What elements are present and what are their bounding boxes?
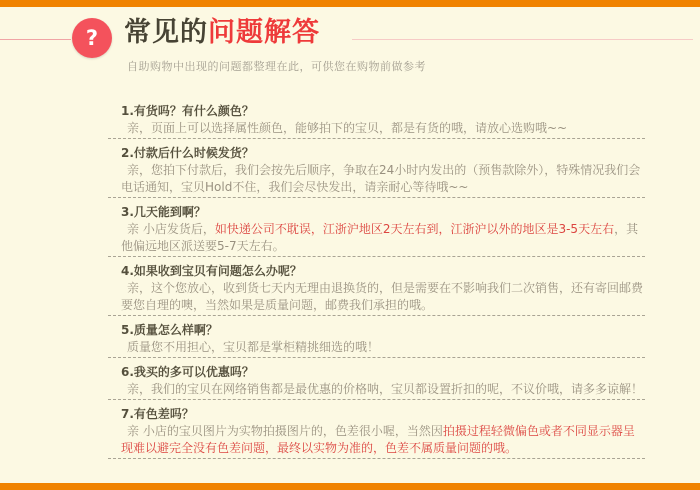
faq-question: 4.如果收到宝贝有问题怎么办呢？ <box>108 263 645 280</box>
faq-answer-segment: 如快递公司不耽误，江浙沪地区2天左右到，江浙沪以外的地区是3-5天左右 <box>215 222 614 236</box>
faq-answer-segment: 亲，我们的宝贝在网络销售都是最优惠的价格呐，宝贝都设置折扣的呢，不议价哦，请多多… <box>127 382 643 396</box>
faq-item: 7.有色差吗？亲 小店的宝贝图片为实物拍摄图片的，色差很小喔，当然因拍摄过程轻微… <box>108 400 645 459</box>
faq-answer: 亲，我们的宝贝在网络销售都是最优惠的价格呐，宝贝都设置折扣的呢，不议价哦，请多多… <box>108 381 645 398</box>
faq-question: 1.有货吗？有什么颜色？ <box>108 103 645 120</box>
faq-answer: 亲 小店的宝贝图片为实物拍摄图片的，色差很小喔，当然因拍摄过程轻微偏色或者不同显… <box>108 423 645 457</box>
question-mark-glyph: ? <box>86 26 98 50</box>
faq-item: 6.我买的多可以优惠吗？亲，我们的宝贝在网络销售都是最优惠的价格呐，宝贝都设置折… <box>108 358 645 400</box>
faq-answer-segment: 亲 小店发货后， <box>127 222 215 236</box>
page-title: 常见的问题解答 <box>124 16 320 50</box>
page-title-prefix: 常见的 <box>124 17 208 48</box>
faq-answer: 亲，您拍下付款后，我们会按先后顺序，争取在24小时内发出的（预售款除外），特殊情… <box>108 162 645 196</box>
faq-answer-segment: 质量您不用担心，宝贝都是掌柜精挑细选的哦！ <box>127 340 379 354</box>
faq-item: 4.如果收到宝贝有问题怎么办呢？亲，这个您放心，收到货七天内无理由退换货的，但是… <box>108 257 645 316</box>
faq-answer-segment: 亲 小店的宝贝图片为实物拍摄图片的，色差很小喔，当然因 <box>127 424 443 438</box>
question-mark-icon: ? <box>72 18 112 58</box>
faq-item: 3.几天能到啊？亲 小店发货后，如快递公司不耽误，江浙沪地区2天左右到，江浙沪以… <box>108 198 645 257</box>
faq-list: 1.有货吗？有什么颜色？亲，页面上可以选择属性颜色，能够拍下的宝贝，都是有货的哦… <box>108 97 645 459</box>
faq-item: 5.质量怎么样啊？质量您不用担心，宝贝都是掌柜精挑细选的哦！ <box>108 316 645 358</box>
header-divider-left <box>0 39 71 40</box>
faq-answer-segment: 亲，页面上可以选择属性颜色，能够拍下的宝贝，都是有货的哦，请放心选购哦~~ <box>127 121 567 135</box>
faq-answer: 质量您不用担心，宝贝都是掌柜精挑细选的哦！ <box>108 339 645 356</box>
faq-answer: 亲，这个您放心，收到货七天内无理由退换货的，但是需要在不影响我们二次销售，还有寄… <box>108 280 645 314</box>
page-subtitle: 自助购物中出现的问题都整理在此，可供您在购物前做参考 <box>127 58 426 74</box>
faq-question: 3.几天能到啊？ <box>108 204 645 221</box>
top-border-bar <box>0 0 700 7</box>
header-divider-right <box>352 39 693 40</box>
faq-answer: 亲，页面上可以选择属性颜色，能够拍下的宝贝，都是有货的哦，请放心选购哦~~ <box>108 120 645 137</box>
faq-question: 6.我买的多可以优惠吗？ <box>108 364 645 381</box>
faq-page: ? 常见的问题解答 自助购物中出现的问题都整理在此，可供您在购物前做参考 1.有… <box>0 0 700 490</box>
faq-question: 2.付款后什么时候发货？ <box>108 145 645 162</box>
faq-question: 7.有色差吗？ <box>108 406 645 423</box>
faq-item: 1.有货吗？有什么颜色？亲，页面上可以选择属性颜色，能够拍下的宝贝，都是有货的哦… <box>108 97 645 139</box>
page-title-highlight: 问题解答 <box>208 17 320 48</box>
faq-answer-segment: 亲，这个您放心，收到货七天内无理由退换货的，但是需要在不影响我们二次销售，还有寄… <box>121 281 643 312</box>
bottom-border-bar <box>0 483 700 490</box>
faq-answer-segment: 亲，您拍下付款后，我们会按先后顺序，争取在24小时内发出的（预售款除外），特殊情… <box>121 163 640 194</box>
faq-question: 5.质量怎么样啊？ <box>108 322 645 339</box>
faq-answer: 亲 小店发货后，如快递公司不耽误，江浙沪地区2天左右到，江浙沪以外的地区是3-5… <box>108 221 645 255</box>
faq-item: 2.付款后什么时候发货？亲，您拍下付款后，我们会按先后顺序，争取在24小时内发出… <box>108 139 645 198</box>
